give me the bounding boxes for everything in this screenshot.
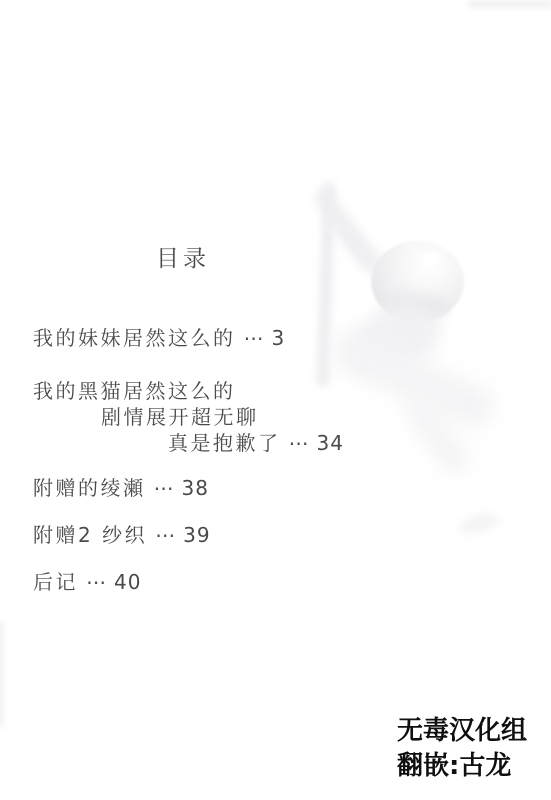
page-title: 目录 xyxy=(156,240,210,273)
credits-translator: 翻嵌:古龙 xyxy=(397,749,527,784)
ghost-top-right-smudge xyxy=(468,0,551,8)
toc-item-5-page: 40 xyxy=(114,570,141,594)
credits-group-name: 无毒汉化组 xyxy=(397,714,527,749)
ghost-swath xyxy=(324,324,501,434)
ghost-swath xyxy=(399,390,475,481)
toc-separator: ⋯ xyxy=(86,570,106,594)
toc-separator: ⋯ xyxy=(154,476,174,500)
ghost-vertical-line xyxy=(316,182,335,387)
toc-separator: ⋯ xyxy=(289,431,309,455)
toc-item-4-label: 附赠2 纱织 xyxy=(33,523,147,547)
toc-item-2-label-3: 真是抱歉了 xyxy=(168,431,281,455)
toc-item-1: 我的妹妹居然这么的⋯3 xyxy=(33,322,285,351)
toc-item-2-label-2: 剧情展开超无聊 xyxy=(101,405,259,429)
toc-separator: ⋯ xyxy=(244,326,264,350)
ghost-sphere-shadow xyxy=(384,296,448,320)
toc-item-2-line-1: 我的黑猫居然这么的 xyxy=(33,375,236,404)
ghost-streak xyxy=(328,210,390,280)
ghost-sphere-highlight xyxy=(424,253,440,264)
toc-separator: ⋯ xyxy=(155,523,175,547)
toc-item-2-line-3: 真是抱歉了⋯34 xyxy=(168,427,344,456)
toc-item-3-page: 38 xyxy=(182,476,209,500)
toc-item-2-label-1: 我的黑猫居然这么的 xyxy=(33,379,236,403)
toc-item-5-label: 后记 xyxy=(33,570,78,594)
ghost-sphere xyxy=(371,241,464,322)
toc-item-1-page: 3 xyxy=(272,326,286,350)
credits-block: 无毒汉化组 翻嵌:古龙 xyxy=(397,714,527,784)
ghost-curve xyxy=(457,511,502,537)
toc-item-4: 附赠2 纱织⋯39 xyxy=(33,519,211,548)
toc-item-2-line-2: 剧情展开超无聊 xyxy=(101,401,259,430)
toc-item-2-page: 34 xyxy=(317,431,344,455)
toc-item-3: 附赠的绫瀬⋯38 xyxy=(33,472,209,501)
ghost-blob xyxy=(340,292,451,385)
toc-item-4-page: 39 xyxy=(183,523,210,547)
toc-item-3-label: 附赠的绫瀬 xyxy=(33,476,146,500)
toc-item-1-label: 我的妹妹居然这么的 xyxy=(33,326,236,350)
ghost-streak xyxy=(312,186,380,273)
scanned-toc-page: 目录 我的妹妹居然这么的⋯3 我的黑猫居然这么的 剧情展开超无聊 真是抱歉了⋯3… xyxy=(0,0,551,800)
ghost-left-edge-shadow xyxy=(0,622,4,727)
toc-item-5: 后记⋯40 xyxy=(33,566,141,595)
